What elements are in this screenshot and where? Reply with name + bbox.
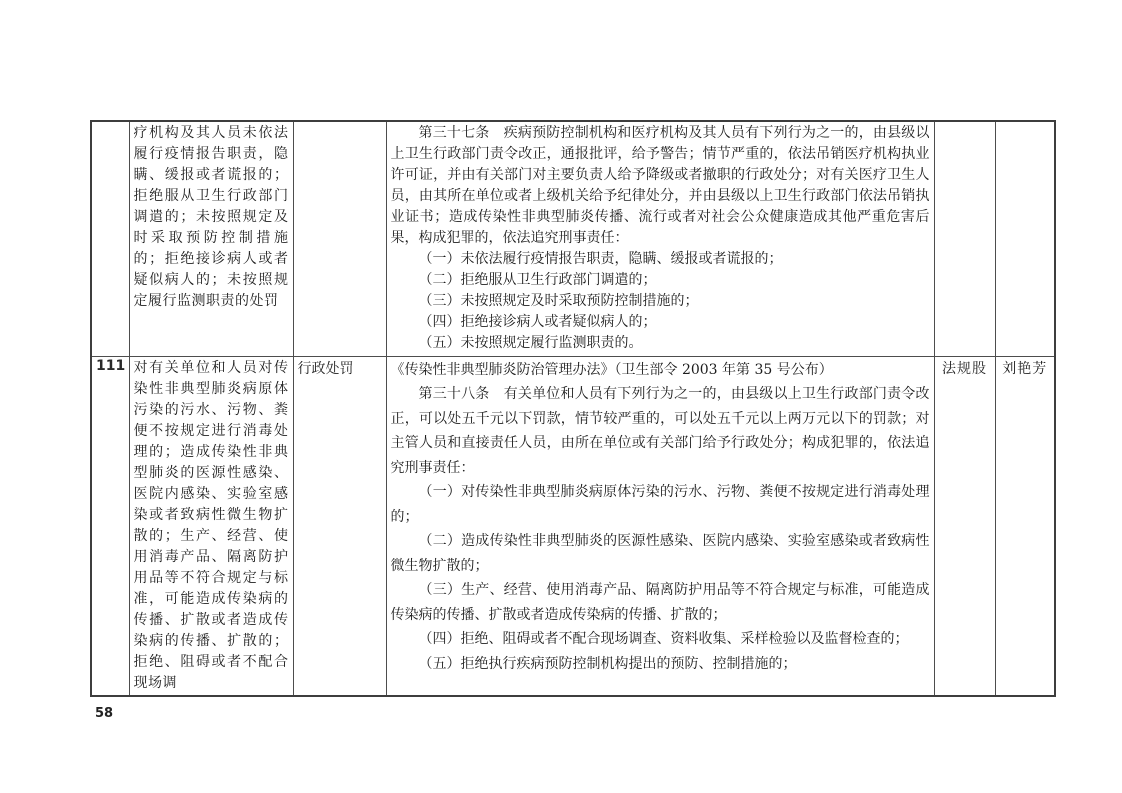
article-paragraph: 第三十八条 有关单位和人员有下列行为之一的，由县级以上卫生行政部门责令改正，可以… [391,382,930,480]
table-row: 疗机构及其人员未依法履行疫情报告职责，隐瞒、缓报或者谎报的；拒绝服从卫生行政部门… [91,121,1055,356]
page-number: 58 [95,706,113,721]
violation-text: 对有关单位和人员对传染性非典型肺炎病原体污染的污水、污物、粪便不按规定进行消毒处… [134,358,289,694]
legal-basis-cell: 《传染性非典型肺炎防治管理办法》（卫生部令 2003 年第 35 号公布） 第三… [386,356,934,696]
article-item: （五）拒绝执行疾病预防控制机构提出的预防、控制措施的； [391,652,930,677]
row-id-cell: 111 [91,356,129,696]
penalty-type-cell [293,121,386,356]
article-item: （五）未按照规定履行监测职责的。 [391,333,930,354]
violation-cell: 对有关单位和人员对传染性非典型肺炎病原体污染的污水、污物、粪便不按规定进行消毒处… [129,356,293,696]
regulation-table: 疗机构及其人员未依法履行疫情报告职责，隐瞒、缓报或者谎报的；拒绝服从卫生行政部门… [90,120,1056,697]
article-item: （四）拒绝、阻碍或者不配合现场调查、资料收集、采样检验以及监督检查的； [391,627,930,652]
table-row: 111 对有关单位和人员对传染性非典型肺炎病原体污染的污水、污物、粪便不按规定进… [91,356,1055,696]
row-id-cell [91,121,129,356]
article-item: （二）拒绝服从卫生行政部门调遣的； [391,270,930,291]
article-item: （二）造成传染性非典型肺炎的医源性感染、医院内感染、实验室感染或者致病性微生物扩… [391,529,930,578]
violation-text: 疗机构及其人员未依法履行疫情报告职责，隐瞒、缓报或者谎报的；拒绝服从卫生行政部门… [134,123,289,312]
reviewer-cell [995,121,1055,356]
article-item: （一）对传染性非典型肺炎病原体污染的污水、污物、粪便不按规定进行消毒处理的； [391,480,930,529]
department-cell: 法规股 [934,356,995,696]
department-cell [934,121,995,356]
reviewer-cell: 刘艳芳 [995,356,1055,696]
penalty-type-cell: 行政处罚 [293,356,386,696]
article-item: （三）生产、经营、使用消毒产品、隔离防护用品等不符合规定与标准，可能造成传染病的… [391,578,930,627]
article-paragraph: 第三十七条 疾病预防控制机构和医疗机构及其人员有下列行为之一的，由县级以上卫生行… [391,123,930,249]
regulation-title: 《传染性非典型肺炎防治管理办法》（卫生部令 2003 年第 35 号公布） [391,358,930,383]
article-item: （四）拒绝接诊病人或者疑似病人的； [391,312,930,333]
violation-cell: 疗机构及其人员未依法履行疫情报告职责，隐瞒、缓报或者谎报的；拒绝服从卫生行政部门… [129,121,293,356]
article-item: （三）未按照规定及时采取预防控制措施的； [391,291,930,312]
document-page: 疗机构及其人员未依法履行疫情报告职责，隐瞒、缓报或者谎报的；拒绝服从卫生行政部门… [0,0,1122,793]
legal-basis-cell: 第三十七条 疾病预防控制机构和医疗机构及其人员有下列行为之一的，由县级以上卫生行… [386,121,934,356]
article-item: （一）未依法履行疫情报告职责，隐瞒、缓报或者谎报的； [391,249,930,270]
